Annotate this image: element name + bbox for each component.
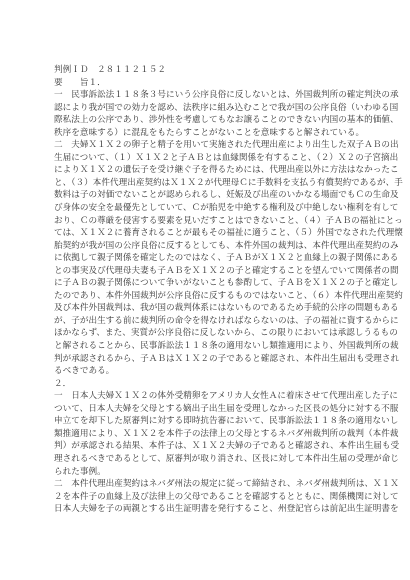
text-line: 申立てを却下した原審判に対する即時抗告審において、民事訴訟法１１８条の適用ないし: [54, 415, 358, 428]
text-line: 一 民事訴訟法１１８条３号にいう公序良俗に反しないとは、外国裁判所の確定判決の承: [54, 89, 358, 102]
text-line: 類推適用により、Ｘ１Ｘ２を本件子の法律上の父母とするネバダ州裁判所の裁判（本件裁: [54, 428, 358, 441]
text-line: 日本人夫婦を子の両親とする出生証明書を発行すること、州登記官らは前記出生証明書を: [54, 503, 358, 516]
section-2-heading: ２．: [54, 378, 358, 391]
summary-heading: 要 旨１．: [54, 77, 358, 90]
text-line: られた事例。: [54, 466, 358, 479]
text-line: ては、Ｘ１Ｘ２に養育されることが最もその福祉に適うこと、（５）外国でなされた代理…: [54, 227, 358, 240]
text-line: 理されるべきであるとして、原審判が取り消され、区長に対して本件出生届の受理が命じ: [54, 453, 358, 466]
text-line: ついて、日本人夫婦を父母とする嫡出子出生届を受理しなかった区長の処分に対する不服: [54, 403, 358, 416]
summary-section-1: 一 民事訴訟法１１８条３号にいう公序良俗に反しないとは、外国裁判所の確定判決の承…: [54, 89, 358, 378]
text-line: 二 本件代理出産契約はネバダ州法の規定に従って締結され、ネバダ州裁判所は、Ｘ１Ｘ: [54, 478, 358, 491]
text-line: ほかならず、また、実質が公序良俗に反しないから、この限りにおいては承認しうるもの: [54, 327, 358, 340]
text-line: ２を本件子の血縁上及び法律上の父母であることを確認するとともに、関係機関に対して: [54, 491, 358, 504]
text-line: おり、Ｃの尊厳を侵害する要素を見いだすことはできないこと、（４）子ＡＢの福祉にと…: [54, 215, 358, 228]
text-line: と、（３）本件代理出産契約はＸ１Ｘ２が代理母Ｃに手数料を支払う有償契約であるが、…: [54, 177, 358, 190]
text-line: 及び本件外国裁判は、我が国の裁判体系にはないものであるため手続的公序の問題もある: [54, 302, 358, 315]
document-page: 判例ＩＤ ２８１１２１５２ 要 旨１． 一 民事訴訟法１１８条３号にいう公序良俗…: [54, 64, 358, 516]
text-line: 数料は子の対価でないことが認められるし、妊娠及び出産のいかなる場面でもＣの生命及: [54, 189, 358, 202]
text-line: に依拠して親子関係を確定したのではなく、子ＡＢがＸ１Ｘ２と血縁上の親子関係にある: [54, 252, 358, 265]
case-id: 判例ＩＤ ２８１１２１５２: [54, 64, 358, 77]
text-line: と解されることから、民事訴訟法１１８条の適用ないし類推適用により、外国裁判所の裁: [54, 340, 358, 353]
text-line: に子ＡＢの親子関係について争いがないことも参酌して、子ＡＢをＸ１Ｘ２の子と確定し: [54, 277, 358, 290]
text-line: 胎契約が我が国の公序良俗に反するとしても、本件外国の裁判は、本件代理出産契約のみ: [54, 240, 358, 253]
text-line: 一 日本人夫婦Ｘ１Ｘ２の体外受精卵をアメリカ人女性Ａに着床させて代理出産した子に: [54, 390, 358, 403]
text-line: 際私法上の公序であり、渉外性を考慮してもなお譲ることのできない内国の基本的価値、: [54, 114, 358, 127]
text-line: 二 夫婦Ｘ１Ｘ２の卵子と精子を用いて実施された代理出産により出生した双子ＡＢの出: [54, 139, 358, 152]
text-line: るべきである。: [54, 365, 358, 378]
text-line: との事実及び代理母夫妻も子ＡＢをＸ１Ｘ２の子と確定することを望んでいて関係者の間: [54, 265, 358, 278]
text-line: 秩序を意味する）に混乱をもたらすことがないことを意味すると解されている。: [54, 127, 358, 140]
summary-section-2: 一 日本人夫婦Ｘ１Ｘ２の体外受精卵をアメリカ人女性Ａに着床させて代理出産した子に…: [54, 390, 358, 515]
text-line: たのであり、本件外国裁判が公序良俗に反するものではないこと、（６）本件代理出産契…: [54, 290, 358, 303]
text-line: によりＸ１Ｘ２の遺伝子を受け継ぐ子を得るためには、代理出産以外に方法はなかったこ: [54, 164, 358, 177]
text-line: 判が承認されるから、子ＡＢはＸ１Ｘ２の子であると確認され、本件出生届出も受理され: [54, 353, 358, 366]
text-line: 認により我が国での効力を認め、法秩序に組み込むことで我が国の公序良俗（いわゆる国: [54, 102, 358, 115]
text-line: が、子が出生する前に裁判所の命令を得なければならないのは、子の福祉に資するからに: [54, 315, 358, 328]
text-line: 判）が承認される結果、本件子は、Ｘ１Ｘ２夫婦の子であると確認され、本件出生届も受: [54, 440, 358, 453]
text-line: び身体の安全を最優先としていて、Ｃが胎児を中絶する権利及び中絶しない権利を有して: [54, 202, 358, 215]
text-line: 生届について、（１）Ｘ１Ｘ２と子ＡＢとは血縁関係を有すること、（２）Ｘ２の子宮摘…: [54, 152, 358, 165]
